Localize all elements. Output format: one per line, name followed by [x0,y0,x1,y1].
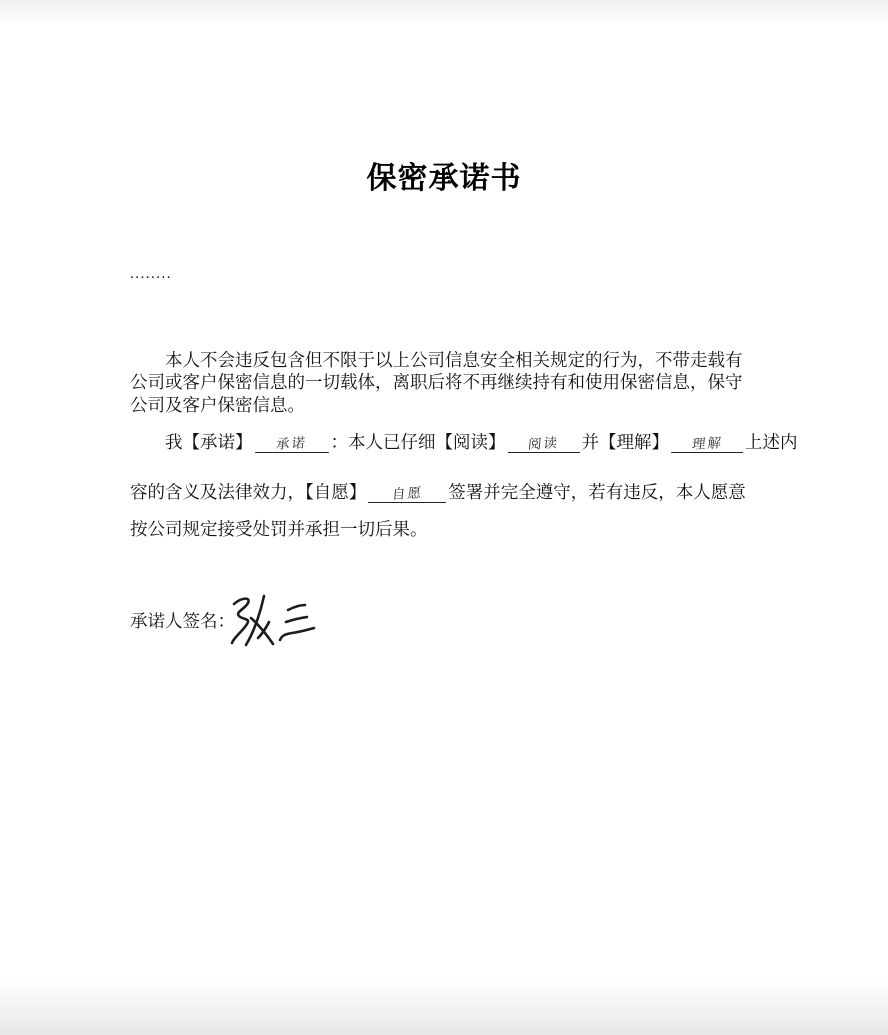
handwritten-text: 承诺 [275,434,307,453]
paragraph-line: 公司及客户保密信息。 [130,394,770,416]
omitted-content-dots: ........ [130,266,172,283]
text-segment: 上述内 [745,432,798,452]
document-title: 保密承诺书 [0,153,888,197]
page-bottom-shade [0,980,888,1035]
fill-in-blank-lijie: 理解 [671,434,743,453]
signer-signature-label: 承诺人签名： [130,610,235,632]
fill-in-blank-ziyuan: 自愿 [368,484,446,503]
text-segment: 并【理解】 [582,432,670,452]
paragraph-obligations: 本人不会违反包含但不限于以上公司信息安全相关规定的行为，不带走载有 公司或客户保… [130,349,770,416]
fill-in-blank-chengnuo: 承诺 [255,434,329,453]
text-segment: 容的含义及法律效力，【自愿】 [130,482,366,502]
document-page: 保密承诺书 ........ 本人不会违反包含但不限于以上公司信息安全相关规定的… [0,0,888,1035]
commitment-line-2: 容的含义及法律效力，【自愿】自愿签署并完全遵守，若有违反，本人愿意 [130,481,830,503]
handwritten-text: 阅读 [527,434,559,453]
handwritten-text: 自愿 [391,484,423,503]
commitment-line-1: 我【承诺】承诺：本人已仔细【阅读】阅读并【理解】理解上述内 [130,431,865,453]
handwritten-signature [224,590,319,658]
fill-in-blank-yuedu: 阅读 [508,434,580,453]
paragraph-line: 本人不会违反包含但不限于以上公司信息安全相关规定的行为，不带走载有 [130,349,770,371]
commitment-line-3: 按公司规定接受处罚并承担一切后果。 [130,518,830,540]
paragraph-line: 公司或客户保密信息的一切载体，离职后将不再继续持有和使用保密信息，保守 [130,371,770,393]
page-top-shade [0,0,888,24]
text-segment: 签署并完全遵守，若有违反，本人愿意 [448,482,746,502]
text-segment: 我【承诺】 [165,432,253,452]
text-segment: 按公司规定接受处罚并承担一切后果。 [130,519,428,539]
handwritten-text: 理解 [691,434,723,453]
text-segment: ：本人已仔细【阅读】 [331,432,506,452]
